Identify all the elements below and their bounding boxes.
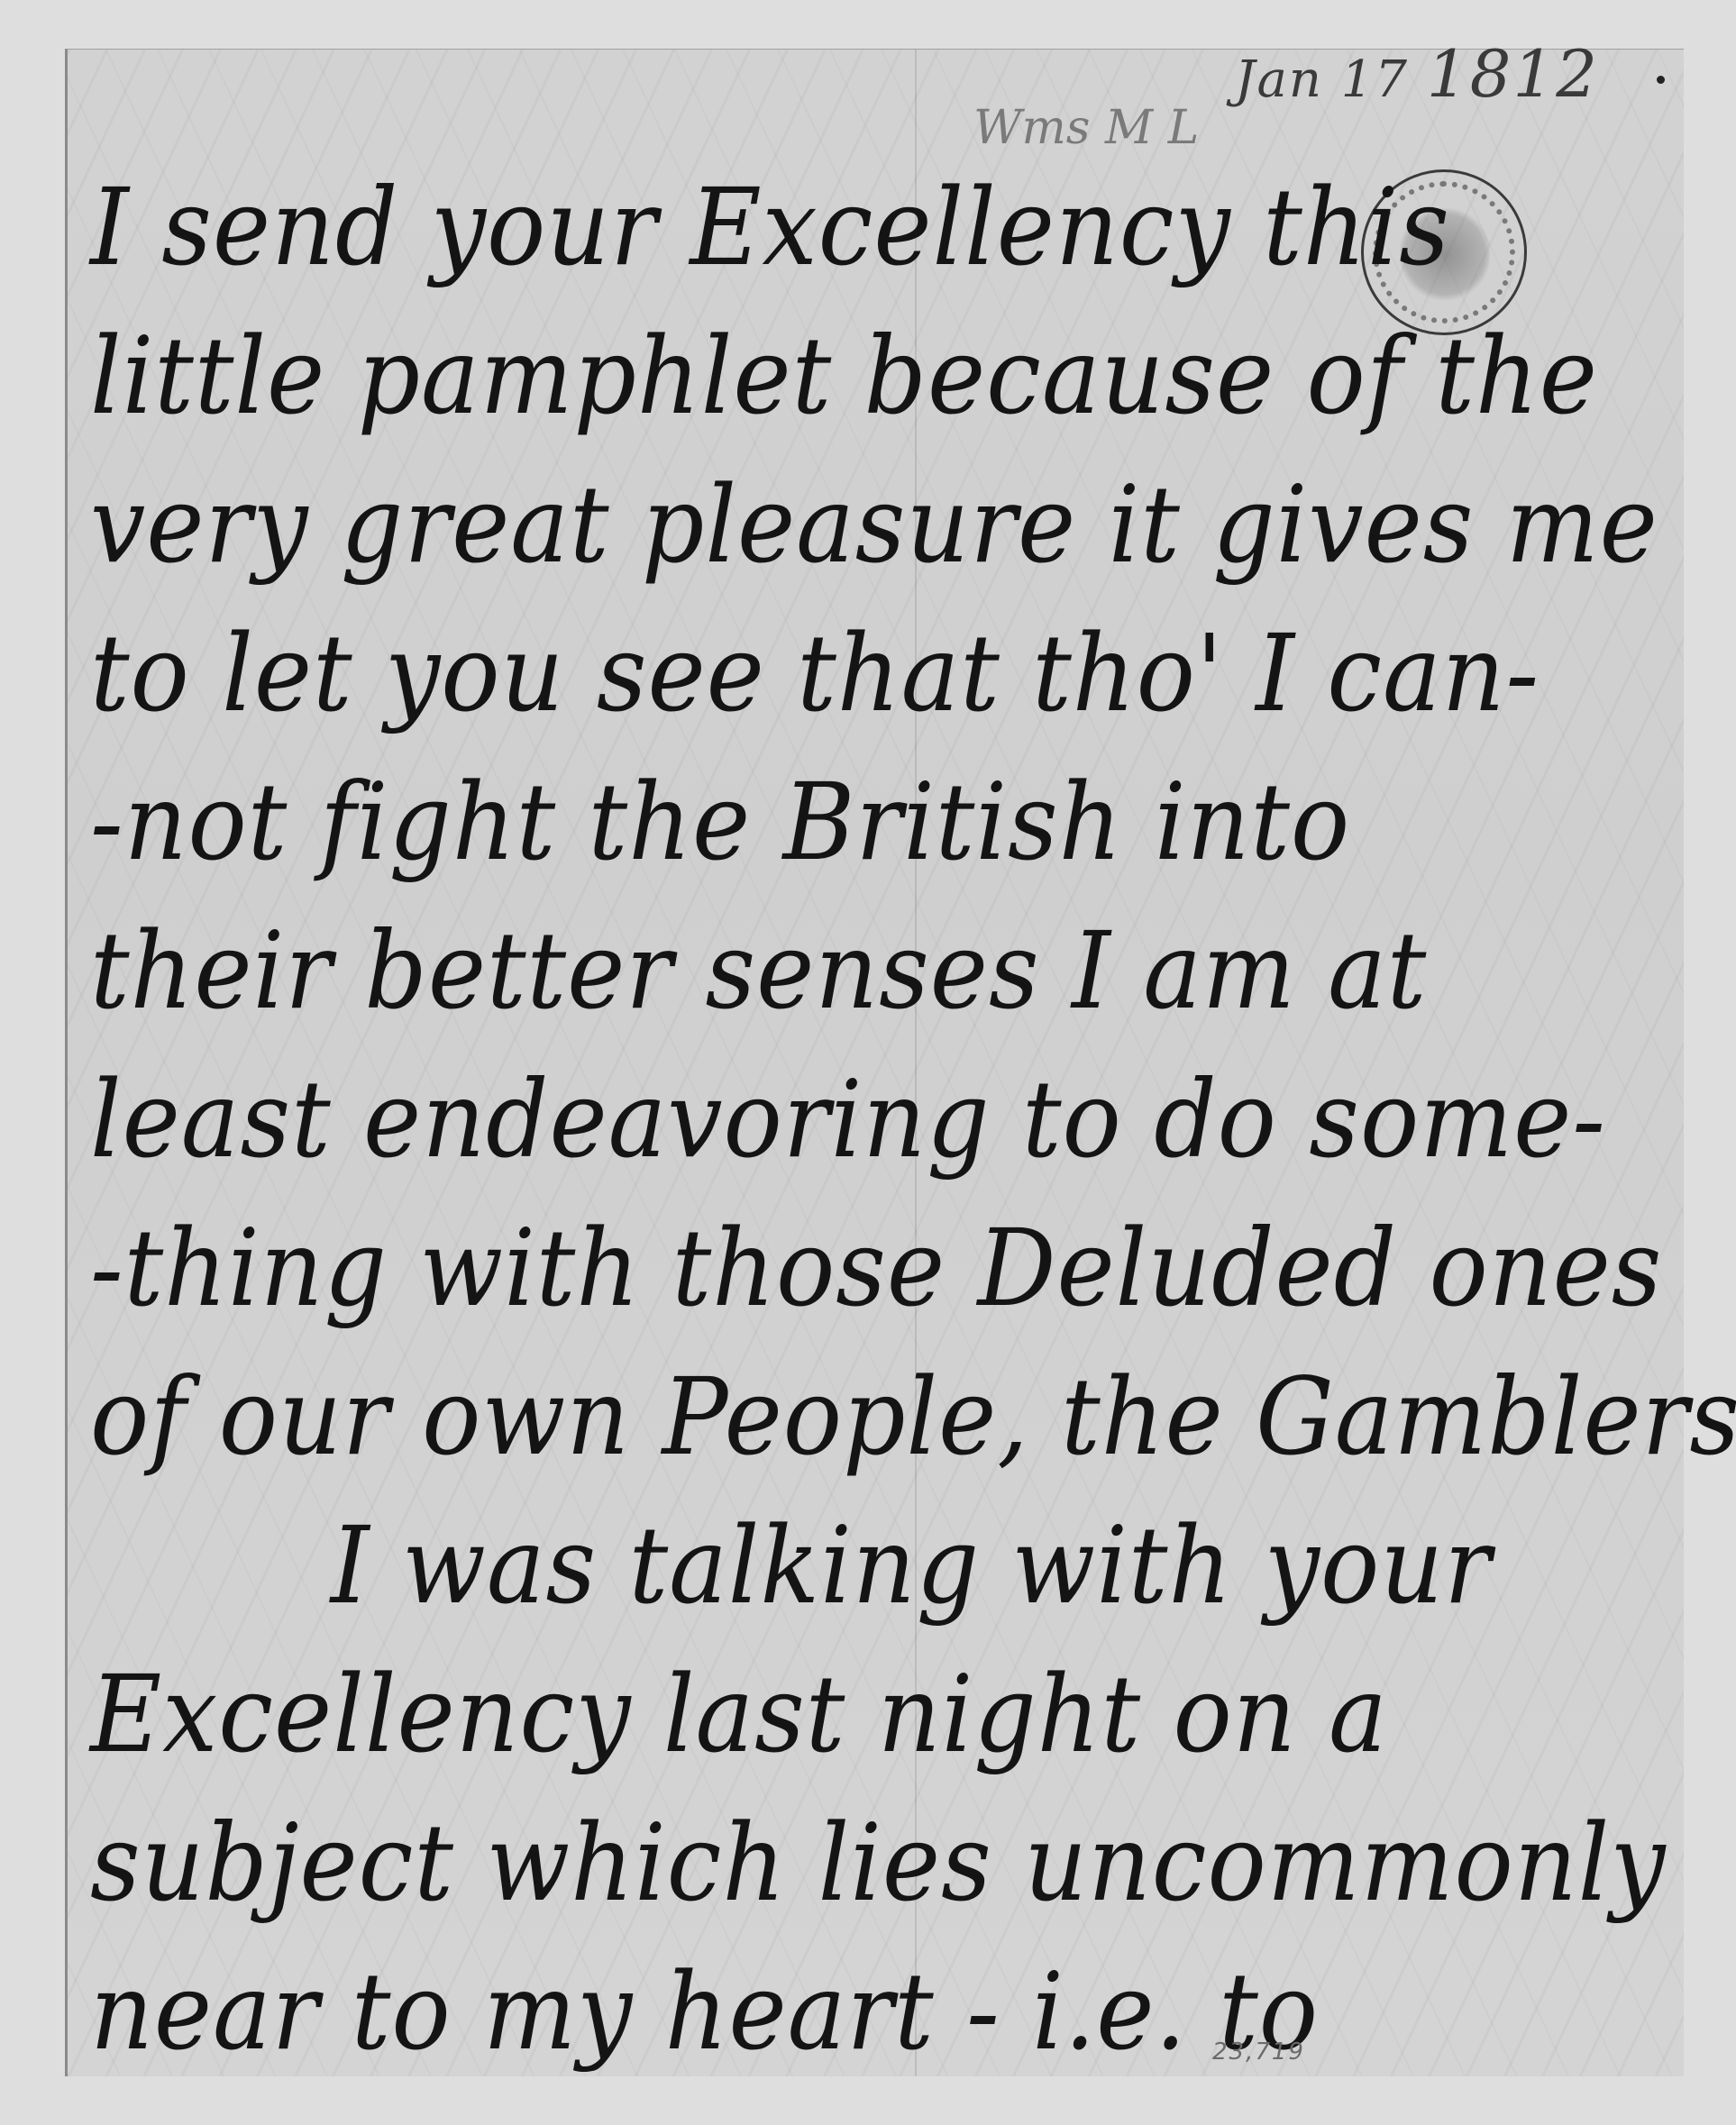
letter-line: their better senses I am at <box>90 897 1549 1045</box>
letter-line-paragraph-start: I was talking with your <box>90 1491 1549 1640</box>
ink-dot <box>1657 76 1665 84</box>
letter-line: I send your Excellency this <box>90 153 1549 302</box>
letter-line: Excellency last night on a <box>90 1640 1549 1789</box>
date-month-day: Jan 17 <box>1235 50 1409 109</box>
letter-line: least endeavoring to do some- <box>90 1045 1549 1194</box>
letter-line: little pamphlet because of the <box>90 302 1549 451</box>
date-annotation: Jan 17 1812 <box>1235 36 1599 112</box>
date-year: 1812 <box>1427 36 1599 112</box>
letter-line: -not fight the British into <box>90 748 1549 897</box>
letter-line: subject which lies uncommonly <box>90 1789 1549 1938</box>
archive-number: 23,719 <box>1212 2038 1305 2066</box>
letter-body: I send your Excellency this little pamph… <box>90 153 1677 2086</box>
letter-line: very great pleasure it gives me <box>90 451 1549 599</box>
letter-line: -thing with those Deluded ones <box>90 1194 1549 1343</box>
letter-line: near to my heart - i.e. to <box>90 1938 1549 2086</box>
writer-annotation: Wms M L <box>973 101 1199 155</box>
letter-line: of our own People, the Gamblers. <box>90 1343 1549 1491</box>
letter-line: to let you see that tho' I can- <box>90 599 1549 748</box>
